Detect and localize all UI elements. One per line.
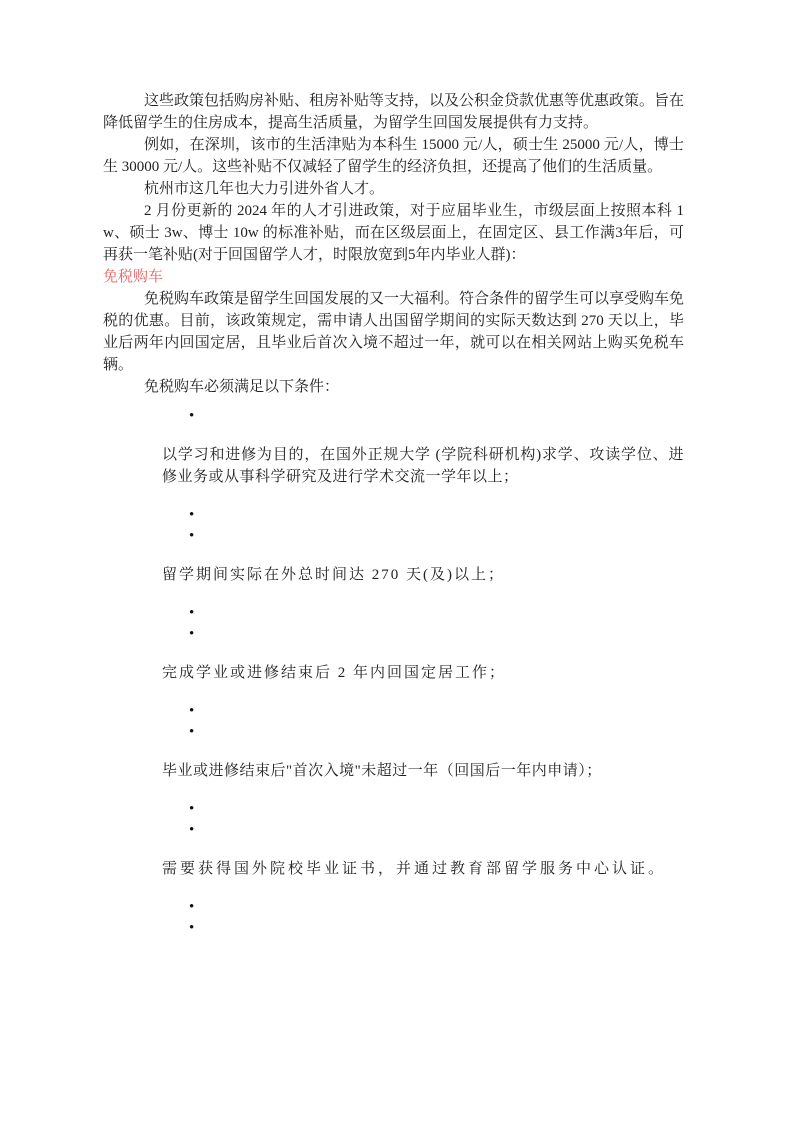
condition-text-return-2-years: 完成学业或进修结束后 2 年内回国定居工作； [162,662,684,684]
empty-list-item: • [103,406,684,427]
bullet-icon: • [189,703,194,719]
document-page: 这些政策包括购房补贴、租房补贴等支持，以及公积金贷款优惠等优惠政策。旨在降低留学… [0,0,794,1122]
paragraph-policy-overview: 这些政策包括购房补贴、租房补贴等支持，以及公积金贷款优惠等优惠政策。旨在降低留学… [103,90,684,134]
condition-text-first-entry: 毕业或进修结束后"首次入境"未超过一年（回国后一年内申请）； [162,760,684,782]
section-heading-tax-free-car: 免税购车 [103,266,684,288]
condition-text-270-days: 留学期间实际在外总时间达 270 天(及)以上； [162,564,684,586]
empty-list-item: • [103,526,684,547]
paragraph-2024-policy: 2 月份更新的 2024 年的人才引进政策，对于应届毕业生，市级层面上按照本科 … [103,200,684,266]
bullet-icon: • [189,920,194,936]
condition-text-diploma-certification: 需要获得国外院校毕业证书，并通过教育部留学服务中心认证。 [162,858,684,880]
empty-list-item: • [103,918,684,939]
bullet-icon: • [189,724,194,740]
bullet-icon: • [189,605,194,621]
empty-list-item: • [103,897,684,918]
condition-text-study-purpose: 以学习和进修为目的，在国外正规大学 (学院科研机构)求学、攻读学位、进修业务或从… [162,444,684,488]
paragraph-tax-free-policy: 免税购车政策是留学生回国发展的又一大福利。符合条件的留学生可以享受购车免税的优惠… [103,288,684,376]
conditions-list: • 以学习和进修为目的，在国外正规大学 (学院科研机构)求学、攻读学位、进修业务… [103,406,684,939]
bullet-icon: • [189,899,194,915]
bullet-icon: • [189,822,194,838]
bullet-icon: • [189,528,194,544]
bullet-icon: • [189,408,194,424]
empty-list-item: • [103,701,684,722]
empty-list-item: • [103,505,684,526]
paragraph-shenzhen-subsidy: 例如，在深圳，该市的生活津贴为本科生 15000 元/人，硕士生 25000 元… [103,134,684,178]
empty-list-item: • [103,603,684,624]
bullet-icon: • [189,626,194,642]
bullet-icon: • [189,507,194,523]
empty-list-item: • [103,722,684,743]
paragraph-hangzhou-intro: 杭州市这几年也大力引进外省人才。 [103,178,684,200]
empty-list-item: • [103,799,684,820]
empty-list-item: • [103,820,684,841]
bullet-icon: • [189,801,194,817]
paragraph-conditions-intro: 免税购车必须满足以下条件： [103,376,684,398]
empty-list-item: • [103,624,684,645]
